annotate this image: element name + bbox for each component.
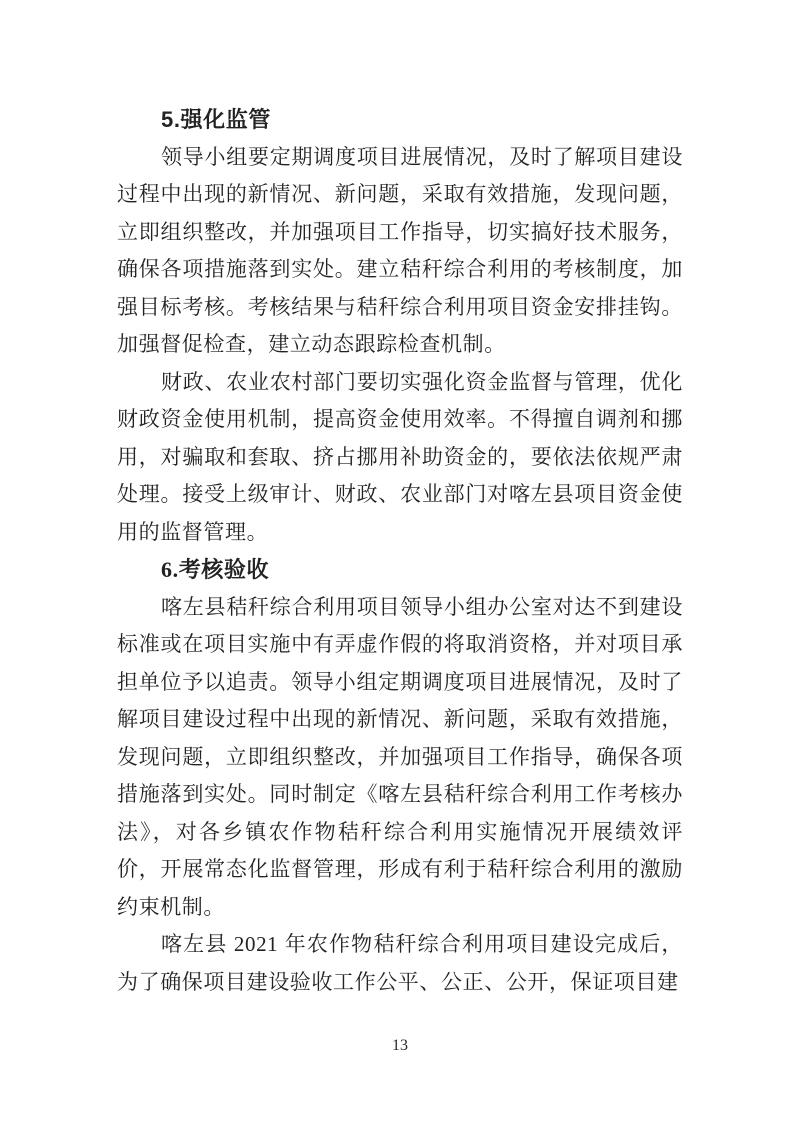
document-body: 5.强化监管 领导小组要定期调度项目进展情况，及时了解项目建设过程中出现的新情况… bbox=[117, 101, 683, 1001]
paragraph-supervision-2: 财政、农业农村部门要切实强化资金监督与管理，优化财政资金使用机制，提高资金使用效… bbox=[117, 364, 683, 552]
paragraph-acceptance-2: 喀左县 2021 年农作物秸秆综合利用项目建设完成后，为了确保项目建设验收工作公… bbox=[117, 926, 683, 1001]
document-page: 5.强化监管 领导小组要定期调度项目进展情况，及时了解项目建设过程中出现的新情况… bbox=[0, 0, 800, 1130]
paragraph-supervision-1: 领导小组要定期调度项目进展情况，及时了解项目建设过程中出现的新情况、新问题，采取… bbox=[117, 139, 683, 364]
section-heading-6-kaohe-yanshou: 6.考核验收 bbox=[117, 551, 683, 589]
paragraph-acceptance-1: 喀左县秸秆综合利用项目领导小组办公室对达不到建设标准或在项目实施中有弄虚作假的将… bbox=[117, 589, 683, 927]
page-number: 13 bbox=[0, 1036, 800, 1056]
section-heading-5-qianghua-jianguan: 5.强化监管 bbox=[117, 101, 683, 139]
